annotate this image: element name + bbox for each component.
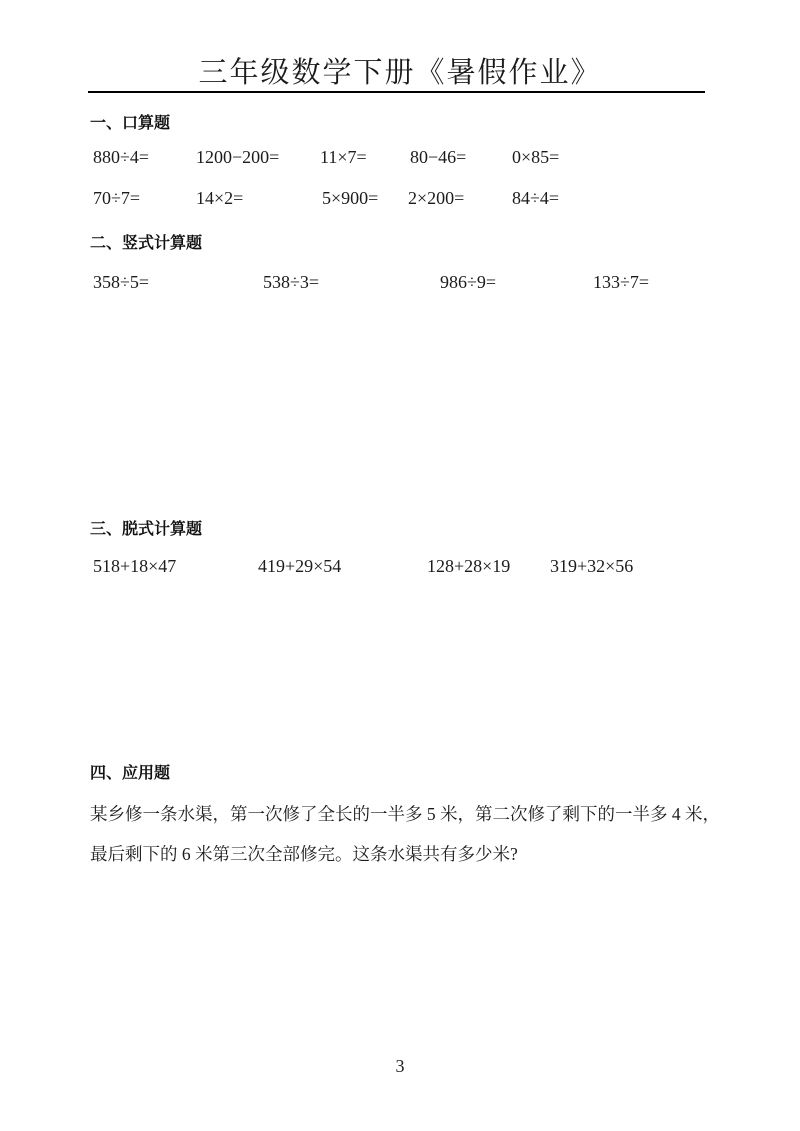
word-problem-line: 某乡修一条水渠，第一次修了全长的一半多 5 米，第二次修了剩下的一半多 4 米， xyxy=(90,801,715,826)
worksheet-page: 三年级数学下册《暑假作业》 一、口算题 880÷4= 1200−200= 11×… xyxy=(0,0,800,1131)
oral-problem: 5×900= xyxy=(322,188,378,209)
page-number: 3 xyxy=(0,1056,800,1077)
word-problem-line: 最后剩下的 6 米第三次全部修完。这条水渠共有多少米? xyxy=(90,841,715,866)
oral-problem: 2×200= xyxy=(408,188,464,209)
section-heading-vertical: 二、竖式计算题 xyxy=(90,230,202,253)
section-heading-word: 四、应用题 xyxy=(90,760,170,783)
oral-problem: 880÷4= xyxy=(93,147,149,168)
section-heading-oral: 一、口算题 xyxy=(90,110,170,133)
vertical-problem: 133÷7= xyxy=(593,272,649,293)
oral-problem: 80−46= xyxy=(410,147,466,168)
vertical-problem: 986÷9= xyxy=(440,272,496,293)
oral-problem: 14×2= xyxy=(196,188,243,209)
stepwise-problem: 319+32×56 xyxy=(550,556,633,577)
stepwise-problem: 128+28×19 xyxy=(427,556,510,577)
title-divider xyxy=(88,91,705,93)
oral-problem: 11×7= xyxy=(320,147,367,168)
stepwise-problem: 518+18×47 xyxy=(93,556,176,577)
vertical-problem: 538÷3= xyxy=(263,272,319,293)
section-heading-stepwise: 三、脱式计算题 xyxy=(90,516,202,539)
vertical-problem: 358÷5= xyxy=(93,272,149,293)
oral-problem: 1200−200= xyxy=(196,147,279,168)
page-title: 三年级数学下册《暑假作业》 xyxy=(0,50,800,91)
stepwise-problem: 419+29×54 xyxy=(258,556,341,577)
oral-problem: 70÷7= xyxy=(93,188,140,209)
oral-problem: 84÷4= xyxy=(512,188,559,209)
oral-problem: 0×85= xyxy=(512,147,559,168)
